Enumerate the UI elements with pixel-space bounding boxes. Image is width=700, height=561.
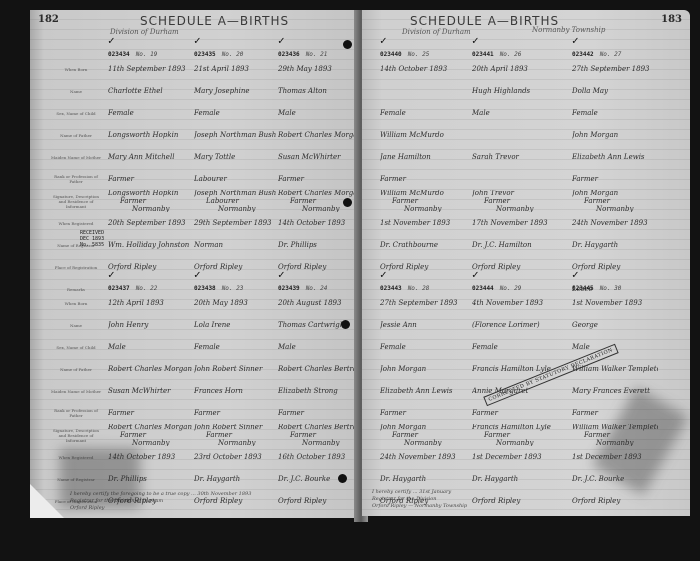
entry-rank	[472, 168, 558, 190]
entry-sex: Female	[572, 102, 658, 124]
entry-informant-line: Farmer	[472, 431, 558, 439]
entry-when-born: 27th September 1893	[572, 58, 658, 80]
entry-registrar: Norman	[194, 234, 280, 256]
entry-father: John Robert Sinner	[194, 358, 280, 380]
entry-registered: 1st December 1893	[472, 446, 558, 468]
entry-father: John Morgan	[572, 124, 658, 146]
checkmark-icon: ✓	[380, 34, 387, 47]
checkmark-icon: ✓	[194, 34, 201, 47]
entry-name: Dolla May	[572, 80, 658, 102]
entry-suffix: No. 21	[306, 51, 328, 58]
entry-number-value: 023443	[380, 285, 402, 292]
register-entry: ✓023443No. 2827th September 1893Jessie A…	[380, 278, 466, 516]
entry-rank: Labourer	[194, 168, 280, 190]
entry-rank: Farmer	[108, 168, 194, 190]
entry-sex: Male	[278, 102, 360, 124]
entry-sex: Female	[194, 336, 280, 358]
entry-rank: Farmer	[278, 168, 360, 190]
entry-remarks	[572, 512, 658, 516]
entry-place: Orford Ripley	[108, 256, 194, 278]
entry-rank: Farmer	[108, 402, 194, 424]
entry-number: ✓023442No. 27	[572, 44, 658, 58]
entry-mother: Susan McWhirter	[278, 146, 360, 168]
entry-place: Orford Ripley	[572, 256, 658, 278]
entry-place: Orford Ripley	[380, 256, 466, 278]
entry-informant: Joseph Northman BushLabourerNormanby	[194, 190, 280, 212]
entry-father	[472, 124, 558, 146]
entry-when-born: 4th November 1893	[472, 292, 558, 314]
entry-number: ✓023443No. 28	[380, 278, 466, 292]
entry-remarks	[278, 512, 360, 518]
entry-remarks	[472, 512, 558, 516]
entry-informant-line: Normanby	[194, 205, 280, 212]
row-label: Place of Registration	[50, 256, 102, 278]
entry-name: Hugh Highlands	[472, 80, 558, 102]
entry-mother: Elizabeth Ann Lewis	[572, 146, 658, 168]
entry-informant: John TrevorFarmerNormanby	[472, 190, 558, 212]
row-label: Signature, Description and Residence of …	[50, 190, 102, 212]
entry-informant-line: Farmer	[194, 431, 280, 439]
row-label: Rank or Profession of Father	[50, 402, 102, 424]
binding-hole	[343, 40, 352, 49]
entry-suffix: No. 19	[136, 51, 158, 58]
entry-registered: 24th November 1893	[572, 212, 658, 234]
entry-father: Joseph Northman Bush	[194, 124, 280, 146]
entry-number-value: 023445	[572, 285, 594, 292]
entry-sex: Male	[278, 336, 360, 358]
entry-mother: Mary Tottle	[194, 146, 280, 168]
row-label: Name of Father	[50, 124, 102, 146]
entry-number-value: 023436	[278, 51, 300, 58]
entry-informant: Francis Hamilton LyleFarmerNormanby	[472, 424, 558, 446]
footer-line: Orford Ripley — Normanby Township	[372, 503, 680, 510]
entry-number-value: 023434	[108, 51, 130, 58]
entry-informant-line: Francis Hamilton Lyle	[472, 424, 558, 431]
register-entry: ✓023438No. 2320th May 1893Lola IreneFema…	[194, 278, 280, 518]
entry-informant-line: Farmer	[380, 197, 466, 205]
entry-suffix: No. 29	[500, 285, 522, 292]
entry-remarks: Twin	[380, 512, 466, 516]
row-label: Name	[50, 80, 102, 102]
entry-registered: 16th October 1893	[278, 446, 360, 468]
division-left: Division of Durham	[110, 28, 179, 36]
entry-informant-line: William McMurdo	[380, 190, 466, 197]
folded-corner	[30, 484, 64, 518]
entry-number-value: 023437	[108, 285, 130, 292]
binding-hole	[343, 198, 352, 207]
entry-number: ✓023441No. 26	[472, 44, 558, 58]
checkmark-icon: ✓	[108, 268, 115, 281]
checkmark-icon: ✓	[194, 268, 201, 281]
entry-informant-line: Normanby	[572, 205, 658, 212]
checkmark-icon: ✓	[380, 268, 387, 281]
entry-mother: Elizabeth Ann Lewis	[380, 380, 466, 402]
entry-place: Orford Ripley	[472, 256, 558, 278]
footer-line: I hereby certify ... 31st January	[372, 489, 680, 496]
checkmark-icon: ✓	[278, 34, 285, 47]
entry-informant-line: Farmer	[572, 197, 658, 205]
entry-number: ✓023445No. 30	[572, 278, 658, 292]
entry-mother: Mary Ann Mitchell	[108, 146, 194, 168]
register-entry: ✓023436No. 2129th May 1893Thomas AltonMa…	[278, 44, 360, 300]
entry-informant-line: Labourer	[194, 197, 280, 205]
right-register-page: 183 SCHEDULE A—BIRTHS Division of Durham…	[362, 10, 690, 516]
entry-father: Longsworth Hopkin	[108, 124, 194, 146]
checkmark-icon: ✓	[472, 268, 479, 281]
row-label: Maiden Name of Mother	[50, 146, 102, 168]
schedule-title-left: SCHEDULE A—BIRTHS	[140, 14, 289, 28]
entry-number-value: 023442	[572, 51, 594, 58]
entry-suffix: No. 24	[306, 285, 328, 292]
entry-father: John Morgan	[380, 358, 466, 380]
entry-rank: Farmer	[194, 402, 280, 424]
entry-registrar: Dr. Crathbourne	[380, 234, 466, 256]
entry-informant-line: John Robert Sinner	[194, 424, 280, 431]
annotation-line: No. 5835	[80, 242, 104, 248]
entry-number: ✓023434No. 19	[108, 44, 194, 58]
entry-remarks	[194, 512, 280, 518]
register-entry: ✓023440No. 2514th October 1893FemaleWill…	[380, 44, 466, 300]
entry-when-born: 11th September 1893	[108, 58, 194, 80]
entry-name: John Henry	[108, 314, 194, 336]
entry-number: ✓023437No. 22	[108, 278, 194, 292]
entry-when-born: 14th October 1893	[380, 58, 466, 80]
entry-registered: 29th September 1893	[194, 212, 280, 234]
entry-informant-line: Robert Charles Bertrand	[278, 424, 360, 431]
entry-informant-line: Farmer	[108, 197, 194, 205]
row-label: Maiden Name of Mother	[50, 380, 102, 402]
entry-informant-line: Normanby	[472, 205, 558, 212]
entry-informant: Robert Charles BertrandFarmerNormanby	[278, 424, 360, 446]
entry-father: Robert Charles Bertrand	[278, 358, 360, 380]
checkmark-icon: ✓	[278, 268, 285, 281]
subdivision-right: Normanby Township	[532, 26, 605, 34]
entry-sex: Male	[108, 336, 194, 358]
entry-rank: Farmer	[380, 402, 466, 424]
entry-sex: Female	[194, 102, 280, 124]
binding-hole	[338, 474, 347, 483]
entry-registered: 24th November 1893	[380, 446, 466, 468]
entry-suffix: No. 23	[222, 285, 244, 292]
row-label: Name of Father	[50, 358, 102, 380]
entry-when-born: 29th May 1893	[278, 58, 360, 80]
entry-number: ✓023444No. 29	[472, 278, 558, 292]
entry-suffix: No. 30	[600, 285, 622, 292]
row-label: Signature, Description and Residence of …	[50, 424, 102, 446]
entry-informant-line: Normanby	[194, 439, 280, 446]
entry-informant: John MorganFarmerNormanby	[380, 424, 466, 446]
entry-rank: Farmer	[472, 402, 558, 424]
entry-informant: John Robert SinnerFarmerNormanby	[194, 424, 280, 446]
entry-when-born: 27th September 1893	[380, 292, 466, 314]
entry-suffix: No. 28	[408, 285, 430, 292]
entry-informant-line: Normanby	[472, 439, 558, 446]
entry-mother: Sarah Trevor	[472, 146, 558, 168]
entry-registered: 23rd October 1893	[194, 446, 280, 468]
entry-registered: 17th November 1893	[472, 212, 558, 234]
entry-registrar: Dr. Haygarth	[380, 468, 466, 490]
entry-name: Charlotte Ethel	[108, 80, 194, 102]
entry-suffix: No. 20	[222, 51, 244, 58]
entry-suffix: No. 27	[600, 51, 622, 58]
entry-registrar: Dr. Phillips	[278, 234, 360, 256]
entry-sex: Female	[472, 336, 558, 358]
entry-when-born: 21st April 1893	[194, 58, 280, 80]
entry-mother: Elizabeth Strong	[278, 380, 360, 402]
entry-number: ✓023439No. 24	[278, 278, 360, 292]
entry-informant: Robert Charles MorganFarmerNormanby	[108, 424, 194, 446]
entry-mother: Jane Hamilton	[380, 146, 466, 168]
entry-informant-line: Robert Charles Morgan	[108, 424, 194, 431]
entry-informant-line: Normanby	[278, 439, 360, 446]
row-label: When Born	[50, 292, 102, 314]
entry-informant-line: Normanby	[380, 205, 466, 212]
entry-registrar: Wm. Holliday Johnston	[108, 234, 194, 256]
entry-name: George	[572, 314, 658, 336]
entry-when-born: 1st November 1893	[572, 292, 658, 314]
checkmark-icon: ✓	[472, 34, 479, 47]
entry-suffix: No. 26	[500, 51, 522, 58]
entry-informant-line: Robert Charles Morgan	[278, 190, 360, 197]
entry-registered: 20th September 1893	[108, 212, 194, 234]
binding-hole	[341, 320, 350, 329]
page-number-right: 183	[661, 14, 682, 25]
entry-informant: William McMurdoFarmerNormanby	[380, 190, 466, 212]
entry-registrar: Dr. Haygarth	[572, 234, 658, 256]
received-annotation: RECEIVEDDEC 1893No. 5835	[80, 230, 104, 248]
entry-registrar: Dr. Haygarth	[194, 468, 280, 490]
row-label: Rank or Profession of Father	[50, 168, 102, 190]
entry-registrar: Dr. J.C. Hamilton	[472, 234, 558, 256]
entry-informant-line: Joseph Northman Bush	[194, 190, 280, 197]
left-register-page: 182 SCHEDULE A—BIRTHS Division of Durham…	[30, 10, 360, 518]
entry-when-born: 20th August 1893	[278, 292, 360, 314]
entry-name: Jessie Ann	[380, 314, 466, 336]
entry-when-born: 20th April 1893	[472, 58, 558, 80]
checkmark-icon: ✓	[108, 34, 115, 47]
register-entry: ✓023434No. 1911th September 1893Charlott…	[108, 44, 194, 300]
entry-number: ✓023440No. 25	[380, 44, 466, 58]
entry-mother: Susan McWhirter	[108, 380, 194, 402]
entry-registered: 14th October 1893	[278, 212, 360, 234]
entry-number-value: 023444	[472, 285, 494, 292]
footer-line: Registrar for the Division	[372, 496, 680, 503]
division-right: Division of Durham	[402, 28, 471, 36]
entry-informant-line: John Morgan	[380, 424, 466, 431]
entry-rank: Farmer	[278, 402, 360, 424]
entry-father: William McMurdo	[380, 124, 466, 146]
entry-name: Thomas Alton	[278, 80, 360, 102]
entry-remarks	[108, 512, 194, 518]
register-entry: ✓023439No. 2420th August 1893Thomas Cart…	[278, 278, 360, 518]
entry-number-value: 023439	[278, 285, 300, 292]
entry-number-value: 023435	[194, 51, 216, 58]
register-entry: ✓023442No. 2727th September 1893Dolla Ma…	[572, 44, 658, 300]
entry-informant-line: Normanby	[108, 205, 194, 212]
entry-place: Orford Ripley	[278, 256, 360, 278]
entry-informant-line: Farmer	[380, 431, 466, 439]
entry-informant: John MorganFarmerNormanby	[572, 190, 658, 212]
entry-father: Robert Charles Morgan	[278, 124, 360, 146]
entry-when-born: 12th April 1893	[108, 292, 194, 314]
entry-name: Lola Irene	[194, 314, 280, 336]
register-entry: ✓023435No. 2021st April 1893Mary Josephi…	[194, 44, 280, 300]
row-label: Name	[50, 314, 102, 336]
row-labels-top: When BornNameSex, Name of ChildName of F…	[50, 58, 102, 300]
entry-informant-line: John Trevor	[472, 190, 558, 197]
entry-number: ✓023438No. 23	[194, 278, 280, 292]
page-number-left: 182	[38, 14, 59, 25]
entry-number-value: 023438	[194, 285, 216, 292]
checkmark-icon: ✓	[572, 34, 579, 47]
entry-informant-line: Farmer	[278, 431, 360, 439]
entry-number: ✓023435No. 20	[194, 44, 280, 58]
entry-name: Mary Josephine	[194, 80, 280, 102]
entry-sex: Female	[380, 336, 466, 358]
entry-registrar: Dr. Haygarth	[472, 468, 558, 490]
entry-informant-line: Farmer	[108, 431, 194, 439]
entry-mother: Frances Horn	[194, 380, 280, 402]
row-label: Sex, Name of Child	[50, 102, 102, 124]
entry-rank: Farmer	[572, 168, 658, 190]
entry-informant-line: John Morgan	[572, 190, 658, 197]
entry-number-value: 023440	[380, 51, 402, 58]
entry-registered: 1st November 1893	[380, 212, 466, 234]
entry-father: Robert Charles Morgan	[108, 358, 194, 380]
row-label: Sex, Name of Child	[50, 336, 102, 358]
entry-informant-line: Longsworth Hopkin	[108, 190, 194, 197]
entry-place: Orford Ripley	[194, 256, 280, 278]
entry-registrar: Dr. J.C. Bourke	[278, 468, 360, 490]
register-entry: ✓023441No. 2620th April 1893Hugh Highlan…	[472, 44, 558, 300]
entry-suffix: No. 25	[408, 51, 430, 58]
row-label: When Born	[50, 58, 102, 80]
entry-number-value: 023441	[472, 51, 494, 58]
entry-informant-line: Normanby	[108, 439, 194, 446]
entry-sex: Female	[380, 102, 466, 124]
entry-name	[380, 80, 466, 102]
entry-rank: Farmer	[380, 168, 466, 190]
entry-sex: Female	[108, 102, 194, 124]
entry-informant-line: Farmer	[472, 197, 558, 205]
entry-name: (Florence Lorimer)	[472, 314, 558, 336]
entry-when-born: 20th May 1893	[194, 292, 280, 314]
checkmark-icon: ✓	[572, 268, 579, 281]
entry-suffix: No. 22	[136, 285, 158, 292]
certification-footer-right: I hereby certify ... 31st JanuaryRegistr…	[372, 489, 680, 510]
entry-informant: Longsworth HopkinFarmerNormanby	[108, 190, 194, 212]
entry-sex: Male	[472, 102, 558, 124]
entry-informant-line: Normanby	[380, 439, 466, 446]
